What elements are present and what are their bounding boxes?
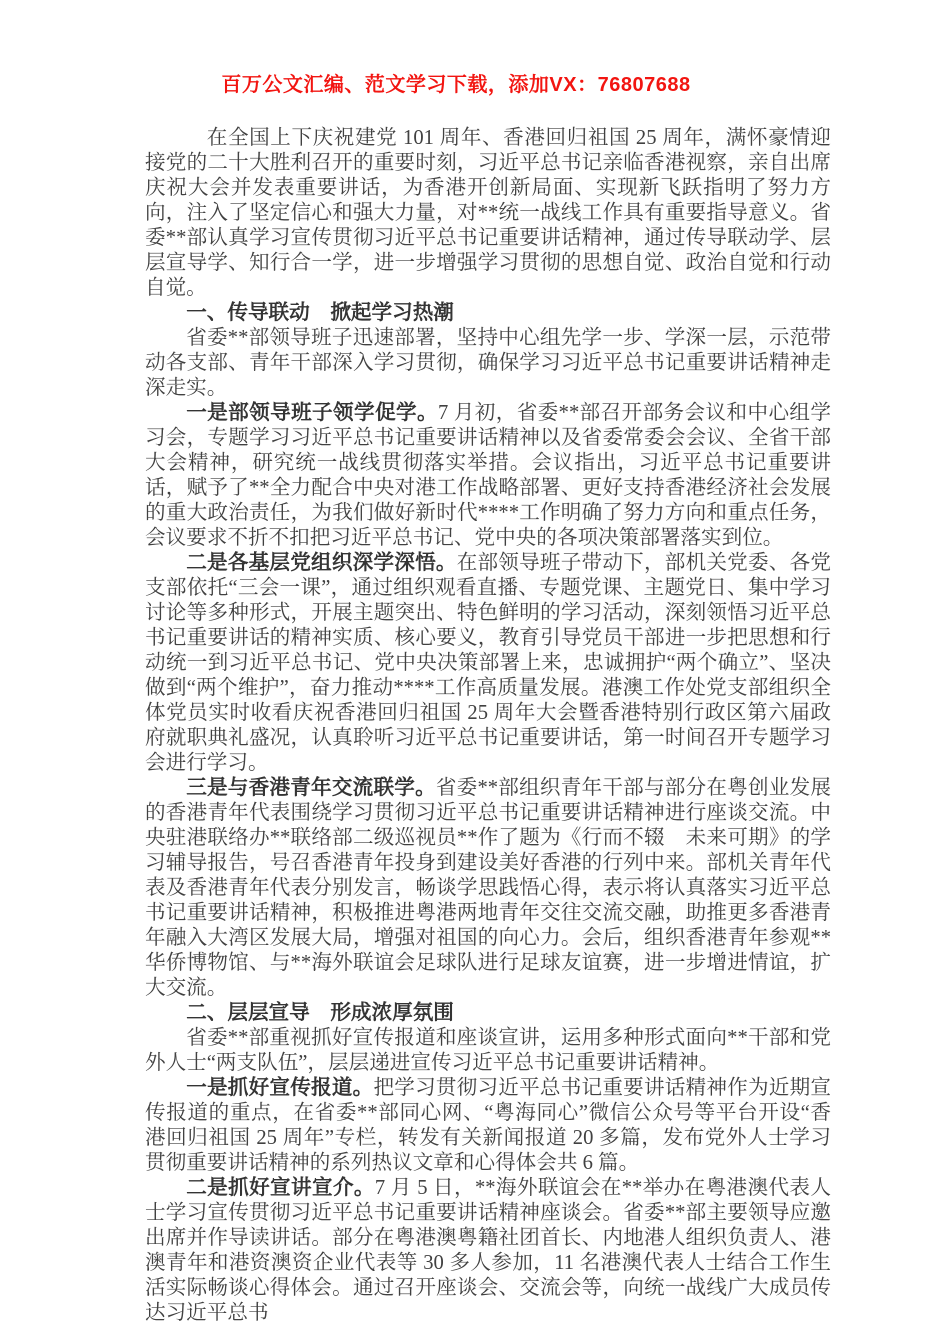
document-body: 在全国上下庆祝建党 101 周年、香港回归祖国 25 周年，满怀豪情迎接党的二十… xyxy=(145,126,831,1326)
paragraph-text: 省委**部领导班子迅速部署，坚持中心组先学一步、学深一层，示范带动各支部、青年干… xyxy=(145,327,831,399)
paragraph-text: 在全国上下庆祝建党 101 周年、香港回归祖国 25 周年，满怀豪情迎接党的二十… xyxy=(145,127,831,299)
paragraph-lead: 二是抓好宣讲宣介。 xyxy=(186,1177,375,1199)
section-2-point-1-paragraph: 一是抓好宣传报道。把学习贯彻习近平总书记重要讲话精神作为近期宣传报道的重点，在省… xyxy=(145,1076,831,1176)
paragraph-lead: 三是与香港青年交流联学。 xyxy=(186,777,436,799)
paragraph-lead: 一是抓好宣传报道。 xyxy=(186,1077,373,1099)
header-notice: 百万公文汇编、范文学习下载，添加VX：76807688 xyxy=(0,68,931,97)
section-2-overview-paragraph: 省委**部重视抓好宣传报道和座谈宣讲，运用多种形式面向**干部和党外人士“两支队… xyxy=(145,1026,831,1076)
section-2-heading: 二、层层宣导 形成浓厚氛围 xyxy=(145,1001,831,1026)
paragraph-text: 省委**部组织青年干部与部分在粤创业发展的香港青年代表围绕学习贯彻习近平总书记重… xyxy=(145,777,831,999)
section-1-heading: 一、传导联动 掀起学习热潮 xyxy=(145,301,831,326)
section-1-overview-paragraph: 省委**部领导班子迅速部署，坚持中心组先学一步、学深一层，示范带动各支部、青年干… xyxy=(145,326,831,401)
intro-paragraph: 在全国上下庆祝建党 101 周年、香港回归祖国 25 周年，满怀豪情迎接党的二十… xyxy=(145,126,831,301)
paragraph-text: 省委**部重视抓好宣传报道和座谈宣讲，运用多种形式面向**干部和党外人士“两支队… xyxy=(145,1027,831,1074)
paragraph-text: 7 月 5 日，**海外联谊会在**举办在粤港澳代表人士学习宣传贯彻习近平总书记… xyxy=(145,1177,831,1324)
section-1-point-1-paragraph: 一是部领导班子领学促学。7 月初，省委**部召开部务会议和中心组学习会，专题学习… xyxy=(145,401,831,551)
paragraph-text: 7 月初，省委**部召开部务会议和中心组学习会，专题学习习近平总书记重要讲话精神… xyxy=(145,402,831,549)
document-page: 百万公文汇编、范文学习下载，添加VX：76807688 在全国上下庆祝建党 10… xyxy=(0,0,950,1344)
heading-text: 二、层层宣导 形成浓厚氛围 xyxy=(186,1002,454,1024)
section-1-point-3-paragraph: 三是与香港青年交流联学。省委**部组织青年干部与部分在粤创业发展的香港青年代表围… xyxy=(145,776,831,1001)
paragraph-lead: 一是部领导班子领学促学。 xyxy=(186,402,438,424)
section-2-point-2-paragraph: 二是抓好宣讲宣介。7 月 5 日，**海外联谊会在**举办在粤港澳代表人士学习宣… xyxy=(145,1176,831,1326)
section-1-point-2-paragraph: 二是各基层党组织深学深悟。在部领导班子带动下，部机关党委、各党支部依托“三会一课… xyxy=(145,551,831,776)
paragraph-lead: 二是各基层党组织深学深悟。 xyxy=(186,552,457,574)
heading-text: 一、传导联动 掀起学习热潮 xyxy=(186,302,454,324)
paragraph-text: 在部领导班子带动下，部机关党委、各党支部依托“三会一课”，通过组织观看直播、专题… xyxy=(145,552,831,774)
